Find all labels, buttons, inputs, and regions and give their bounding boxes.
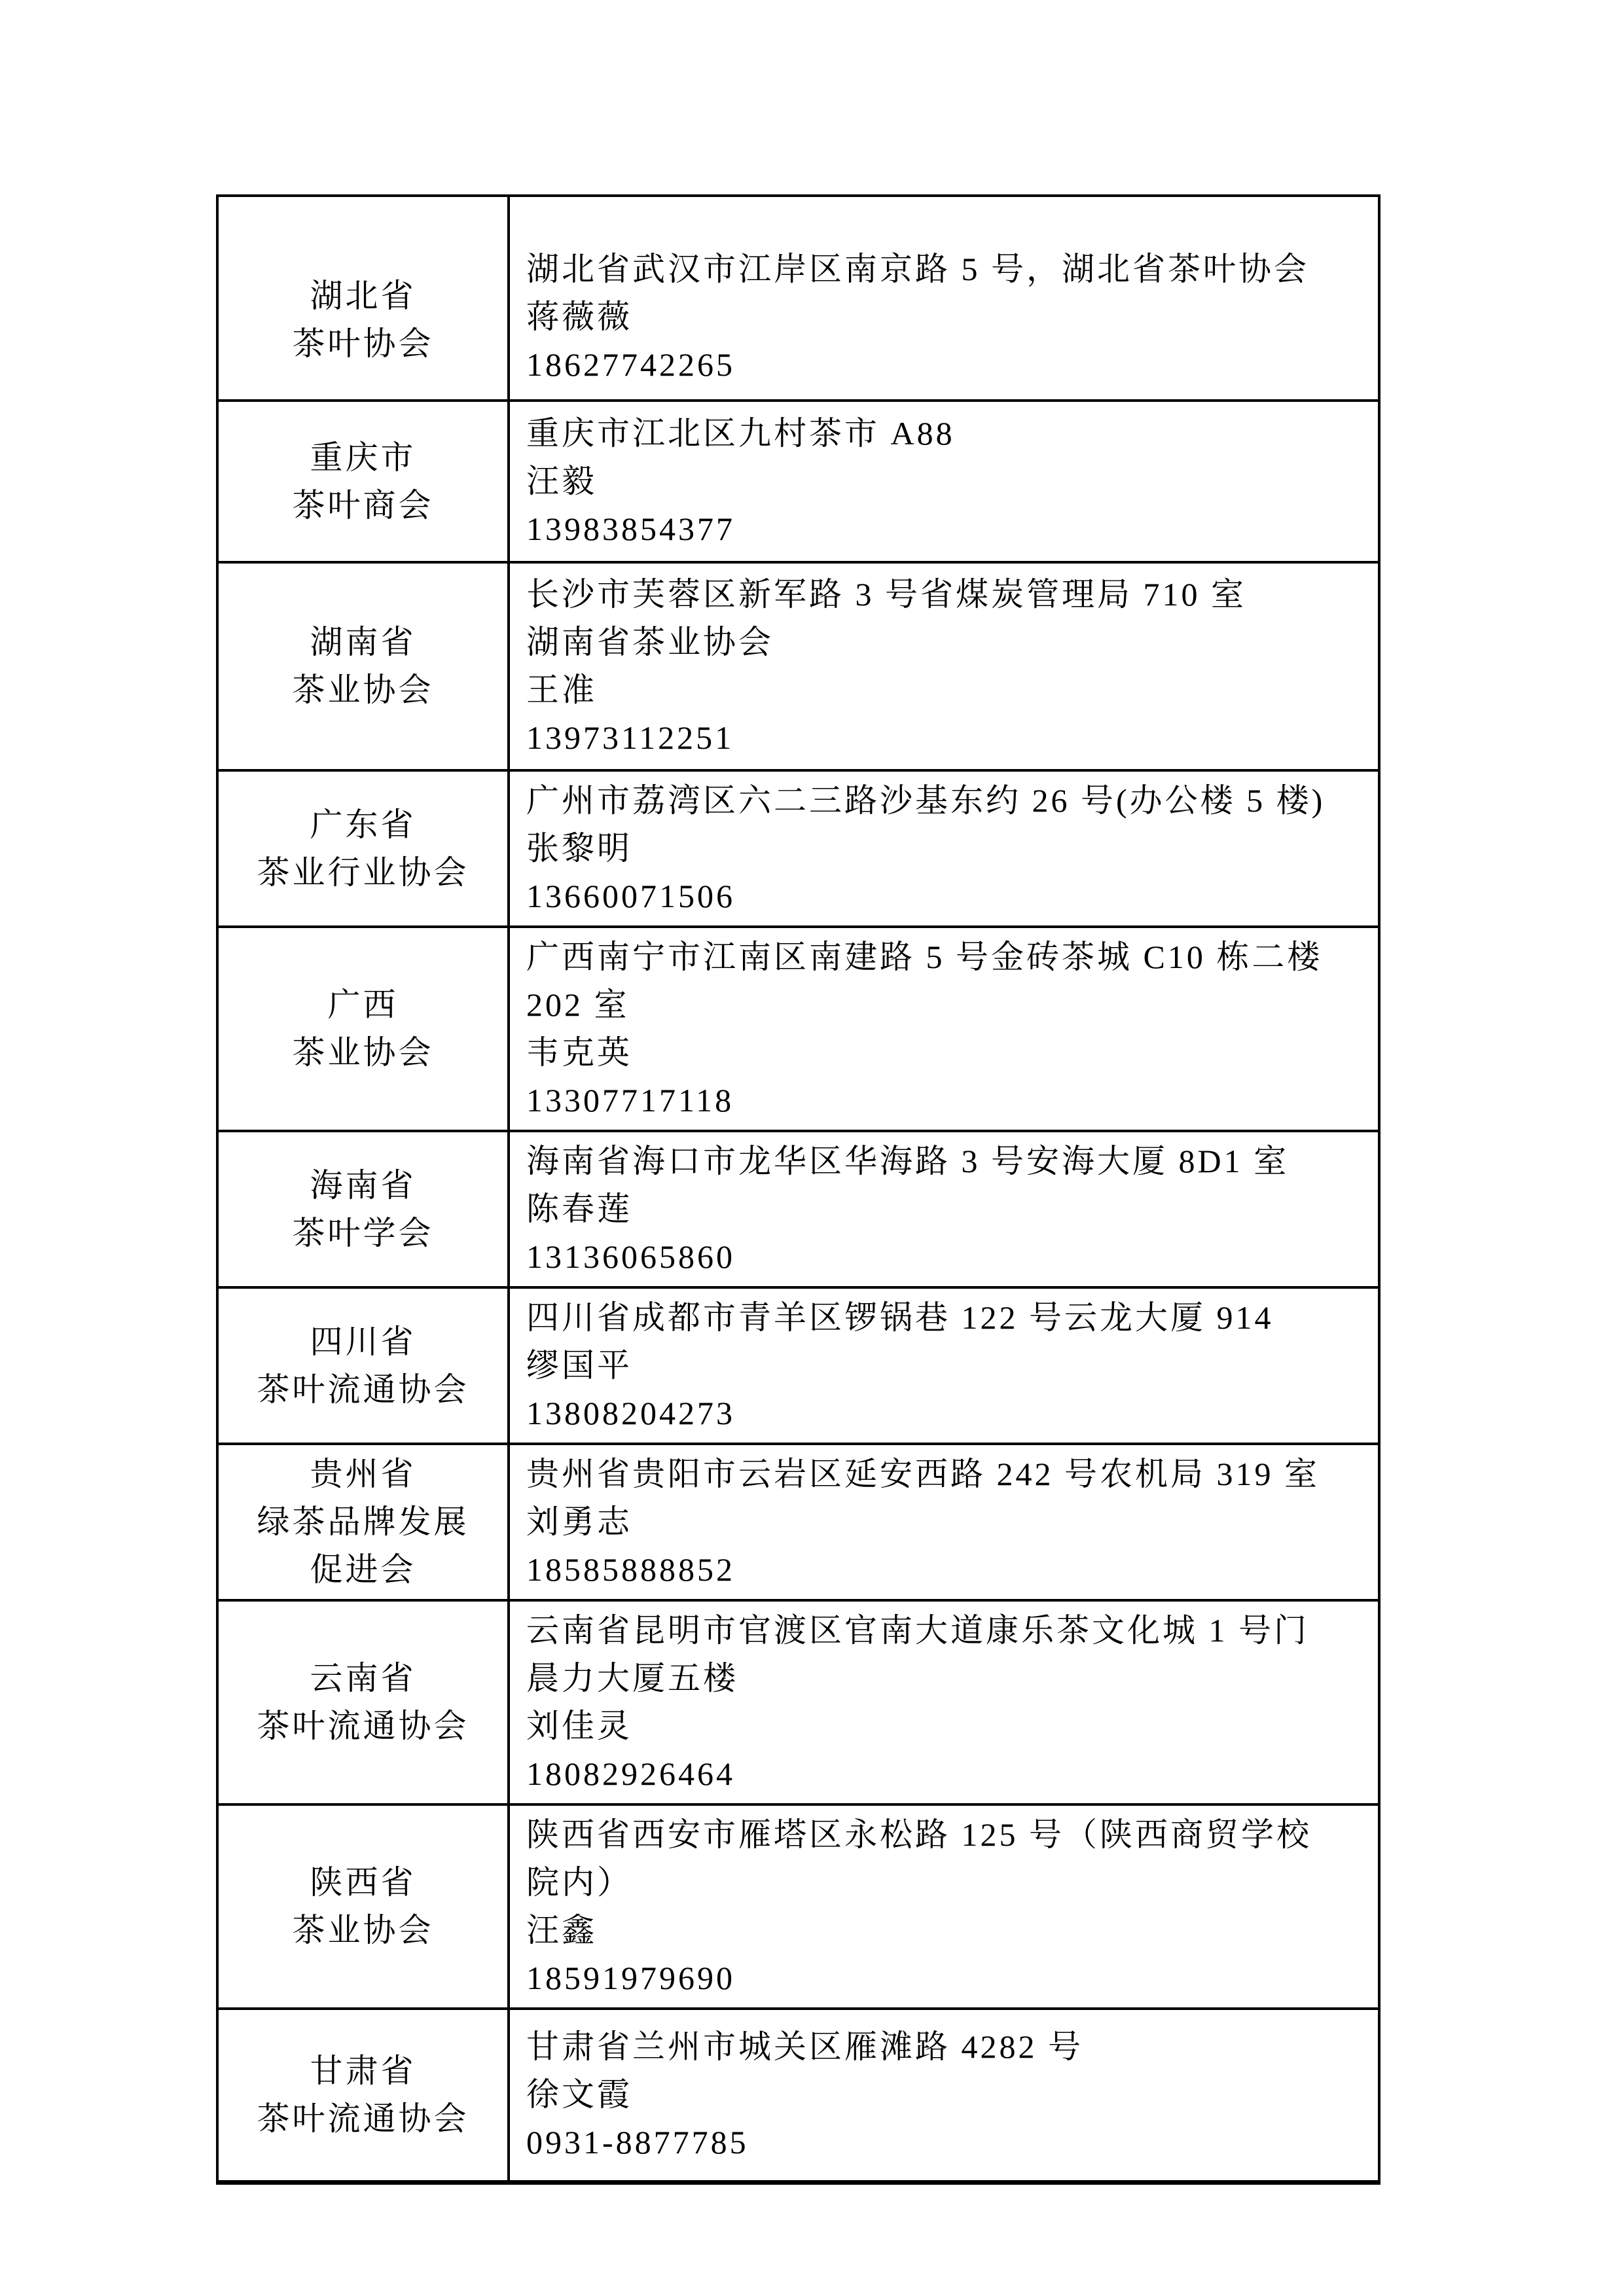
- contact-name: 蒋薇薇: [526, 293, 1360, 341]
- contact-name: 徐文霞: [526, 2071, 1360, 2119]
- org-name-line: 茶叶流通协会: [219, 1702, 507, 1750]
- org-name-line: 茶业协会: [219, 666, 507, 714]
- org-name-line: 广西: [219, 981, 507, 1029]
- org-name-line: 贵州省: [219, 1450, 507, 1498]
- org-name-line: 绿茶品牌发展: [219, 1498, 507, 1546]
- address-line: 院内）: [526, 1859, 1360, 1907]
- org-name-line: 茶业协会: [219, 1907, 507, 1954]
- org-cell: 广西 茶业协会: [217, 927, 509, 1131]
- detail-cell: 陕西省西安市雁塔区永松路 125 号（陕西商贸学校 院内） 汪鑫 1859197…: [509, 1804, 1379, 2009]
- org-name-line: 云南省: [219, 1655, 507, 1702]
- phone-number: 18082926464: [526, 1750, 1360, 1798]
- org-name-line: 甘肃省: [219, 2047, 507, 2095]
- table-row: 甘肃省 茶叶流通协会 甘肃省兰州市城关区雁滩路 4282 号 徐文霞 0931-…: [217, 2009, 1379, 2182]
- detail-cell: 甘肃省兰州市城关区雁滩路 4282 号 徐文霞 0931-8877785: [509, 2009, 1379, 2182]
- table-row: 广西 茶业协会 广西南宁市江南区南建路 5 号金砖茶城 C10 栋二楼 202 …: [217, 927, 1379, 1131]
- contact-name: 韦克英: [526, 1029, 1360, 1077]
- address-line: 长沙市芙蓉区新军路 3 号省煤炭管理局 710 室: [526, 571, 1360, 619]
- contact-name: 汪鑫: [526, 1907, 1360, 1954]
- org-name-line: 茶业协会: [219, 1029, 507, 1077]
- phone-number: 13307717118: [526, 1077, 1360, 1124]
- address-line: 202 室: [526, 981, 1360, 1029]
- table-row: 云南省 茶叶流通协会 云南省昆明市官渡区官南大道康乐茶文化城 1 号门 晨力大厦…: [217, 1600, 1379, 1804]
- org-cell: 广东省 茶业行业协会: [217, 770, 509, 927]
- table-row: 贵州省 绿茶品牌发展 促进会 贵州省贵阳市云岩区延安西路 242 号农机局 31…: [217, 1444, 1379, 1600]
- address-line: 重庆市江北区九村茶市 A88: [526, 410, 1360, 457]
- address-line: 陕西省西安市雁塔区永松路 125 号（陕西商贸学校: [526, 1811, 1360, 1859]
- org-cell: 云南省 茶叶流通协会: [217, 1600, 509, 1804]
- table-row: 湖南省 茶业协会 长沙市芙蓉区新军路 3 号省煤炭管理局 710 室 湖南省茶业…: [217, 562, 1379, 770]
- address-line: 贵州省贵阳市云岩区延安西路 242 号农机局 319 室: [526, 1450, 1360, 1498]
- phone-number: 13808204273: [526, 1390, 1360, 1437]
- org-name-line: 茶业行业协会: [219, 849, 507, 897]
- table-row: 海南省 茶叶学会 海南省海口市龙华区华海路 3 号安海大厦 8D1 室 陈春莲 …: [217, 1131, 1379, 1287]
- org-name-line: 海南省: [219, 1162, 507, 1210]
- phone-number: 18627742265: [526, 341, 1360, 389]
- phone-number: 13983854377: [526, 505, 1360, 553]
- address-line: 云南省昆明市官渡区官南大道康乐茶文化城 1 号门: [526, 1607, 1360, 1655]
- address-line: 四川省成都市青羊区锣锅巷 122 号云龙大厦 914: [526, 1294, 1360, 1342]
- table-row: 重庆市 茶叶商会 重庆市江北区九村茶市 A88 汪毅 13983854377: [217, 401, 1379, 562]
- detail-cell: 云南省昆明市官渡区官南大道康乐茶文化城 1 号门 晨力大厦五楼 刘佳灵 1808…: [509, 1600, 1379, 1804]
- detail-cell: 长沙市芙蓉区新军路 3 号省煤炭管理局 710 室 湖南省茶业协会 王准 139…: [509, 562, 1379, 770]
- contact-name: 汪毅: [526, 457, 1360, 505]
- contact-name: 刘勇志: [526, 1498, 1360, 1546]
- phone-number: 18591979690: [526, 1954, 1360, 2002]
- phone-number: 0931-8877785: [526, 2119, 1360, 2166]
- org-cell: 湖北省 茶叶协会: [217, 196, 509, 401]
- table-row: 广东省 茶业行业协会 广州市荔湾区六二三路沙基东约 26 号(办公楼 5 楼) …: [217, 770, 1379, 927]
- document-page: 湖北省 茶叶协会 湖北省武汉市江岸区南京路 5 号，湖北省茶叶协会 蒋薇薇 18…: [0, 0, 1624, 2296]
- detail-cell: 重庆市江北区九村茶市 A88 汪毅 13983854377: [509, 401, 1379, 562]
- org-name-line: 茶叶流通协会: [219, 1366, 507, 1414]
- org-name-line: 重庆市: [219, 434, 507, 482]
- contact-name: 刘佳灵: [526, 1702, 1360, 1750]
- detail-cell: 广西南宁市江南区南建路 5 号金砖茶城 C10 栋二楼 202 室 韦克英 13…: [509, 927, 1379, 1131]
- org-cell: 海南省 茶叶学会: [217, 1131, 509, 1287]
- org-name-line: 四川省: [219, 1318, 507, 1366]
- phone-number: 13973112251: [526, 714, 1360, 762]
- org-name-line: 茶叶商会: [219, 482, 507, 529]
- org-name-line: 湖北省: [219, 272, 507, 320]
- address-line: 湖北省武汉市江岸区南京路 5 号，湖北省茶叶协会: [526, 245, 1360, 293]
- address-line: 广州市荔湾区六二三路沙基东约 26 号(办公楼 5 楼): [526, 777, 1360, 825]
- org-name-line: 茶叶学会: [219, 1210, 507, 1257]
- org-cell: 贵州省 绿茶品牌发展 促进会: [217, 1444, 509, 1600]
- org-cell: 湖南省 茶业协会: [217, 562, 509, 770]
- phone-number: 18585888852: [526, 1546, 1360, 1594]
- org-cell: 陕西省 茶业协会: [217, 1804, 509, 2009]
- contact-name: 王准: [526, 666, 1360, 714]
- contact-name: 张黎明: [526, 825, 1360, 872]
- phone-number: 13136065860: [526, 1233, 1360, 1281]
- address-line: 晨力大厦五楼: [526, 1655, 1360, 1702]
- detail-cell: 四川省成都市青羊区锣锅巷 122 号云龙大厦 914 缪国平 138082042…: [509, 1287, 1379, 1444]
- address-line: 甘肃省兰州市城关区雁滩路 4282 号: [526, 2023, 1360, 2071]
- detail-cell: 贵州省贵阳市云岩区延安西路 242 号农机局 319 室 刘勇志 1858588…: [509, 1444, 1379, 1600]
- table-row: 四川省 茶叶流通协会 四川省成都市青羊区锣锅巷 122 号云龙大厦 914 缪国…: [217, 1287, 1379, 1444]
- org-cell: 四川省 茶叶流通协会: [217, 1287, 509, 1444]
- address-line: 海南省海口市龙华区华海路 3 号安海大厦 8D1 室: [526, 1138, 1360, 1185]
- detail-cell: 湖北省武汉市江岸区南京路 5 号，湖北省茶叶协会 蒋薇薇 18627742265: [509, 196, 1379, 401]
- org-name-line: 促进会: [219, 1546, 507, 1594]
- org-name-line: 茶叶协会: [219, 320, 507, 368]
- address-line: 湖南省茶业协会: [526, 619, 1360, 666]
- org-cell: 甘肃省 茶叶流通协会: [217, 2009, 509, 2182]
- org-name-line: 茶叶流通协会: [219, 2095, 507, 2143]
- detail-cell: 广州市荔湾区六二三路沙基东约 26 号(办公楼 5 楼) 张黎明 1366007…: [509, 770, 1379, 927]
- contact-name: 缪国平: [526, 1342, 1360, 1390]
- org-name-line: 陕西省: [219, 1859, 507, 1907]
- org-name-line: 湖南省: [219, 619, 507, 666]
- contact-name: 陈春莲: [526, 1185, 1360, 1233]
- detail-cell: 海南省海口市龙华区华海路 3 号安海大厦 8D1 室 陈春莲 131360658…: [509, 1131, 1379, 1287]
- associations-table: 湖北省 茶叶协会 湖北省武汉市江岸区南京路 5 号，湖北省茶叶协会 蒋薇薇 18…: [216, 194, 1380, 2185]
- address-line: 广西南宁市江南区南建路 5 号金砖茶城 C10 栋二楼: [526, 933, 1360, 981]
- phone-number: 13660071506: [526, 872, 1360, 920]
- table-row: 湖北省 茶叶协会 湖北省武汉市江岸区南京路 5 号，湖北省茶叶协会 蒋薇薇 18…: [217, 196, 1379, 401]
- org-cell: 重庆市 茶叶商会: [217, 401, 509, 562]
- table-row: 陕西省 茶业协会 陕西省西安市雁塔区永松路 125 号（陕西商贸学校 院内） 汪…: [217, 1804, 1379, 2009]
- org-name-line: 广东省: [219, 801, 507, 849]
